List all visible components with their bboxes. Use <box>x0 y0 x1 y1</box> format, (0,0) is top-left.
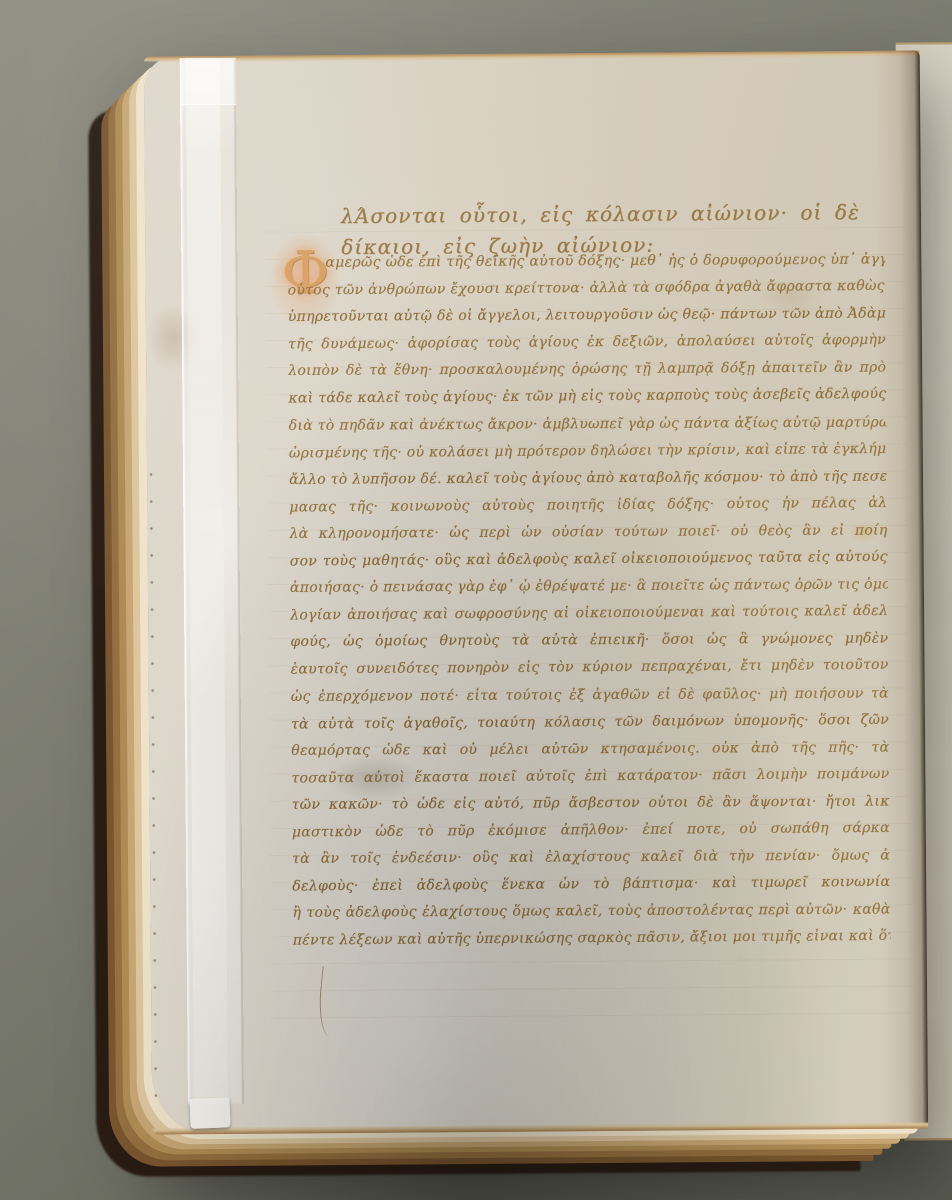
body-text-block: αμερῶς ὧδε ἐπὶ τῆς θεϊκῆς αὐτοῦ δόξης· μ… <box>287 251 891 972</box>
text-line: ὡς ἐπερχόμενον ποτέ· εἶτα τούτοις ἐξ ἀγα… <box>291 685 889 716</box>
text-line: τοσαῦτα αὐτοὶ ἕκαστα ποιεῖ αὐτοῖς ἐπὶ κα… <box>291 766 889 798</box>
text-line: τὰ ἂν τοῖς ἐνδεέσιν· οὓς καὶ ἐλαχίστους … <box>292 847 890 878</box>
text-line: θεαμόρτας ὧδε καὶ οὐ μέλει αὐτῶν κτησαμέ… <box>291 739 889 770</box>
text-line: σον τοὺς μαθητάς· οὓς καὶ ἀδελφοὺς καλεῖ… <box>290 549 888 581</box>
text-line: ἢ τοὺς ἀδελφοὺς ἐλαχίστους ὅμως καλεῖ, τ… <box>292 902 890 933</box>
text-line: τῶν κακῶν· τὸ ὧδε εἰς αὐτό, πῦρ ἄσβεστον… <box>292 793 890 824</box>
pricking-marks <box>149 473 158 1113</box>
text-line: ἀποιήσας· ὁ πεινάσας γὰρ ἐφ᾽ ᾧ ἐθρέψατέ … <box>290 577 888 608</box>
text-line: φούς, ὡς ὁμοίως θνητοὺς τὰ αὐτὰ ἐπιεικῆ·… <box>290 631 888 662</box>
heading-line: λΆσονται οὗτοι, εἰς κόλασιν αἰώνιον· οἱ … <box>341 197 861 232</box>
text-line: καὶ τάδε καλεῖ τοὺς ἁγίους· ἐκ τῶν μὴ εἰ… <box>288 386 886 418</box>
text-line: λοιπὸν δὲ τὰ ἔθνη· προσκαλουμένης ὁρώσης… <box>288 360 886 391</box>
text-line: ἄλλο τὸ λυπῆσον δέ. καλεῖ τοὺς ἁγίους ἀπ… <box>289 468 887 499</box>
text-line: ἑαυτοῖς συνειδότες πονηρὸν εἰς τὸν κύριο… <box>290 657 888 689</box>
text-line: μαστικὸν ὧδε τὸ πῦρ ἐκόμισε ἀπῆλθον· ἐπε… <box>292 820 890 852</box>
text-line: πέντε λέξεων καὶ αὐτῆς ὑπερνικώσης σαρκὸ… <box>293 928 891 960</box>
parchment-page: λΆσονται οὗτοι, εἰς κόλασιν αἰώνιον· οἱ … <box>144 50 928 1134</box>
gutter-shadow <box>874 50 928 1128</box>
text-line: μασας τῆς· κοινωνοὺς αὐτοὺς ποιητῆς ἰδία… <box>289 495 887 527</box>
tissue-guard-tab <box>189 1097 230 1129</box>
text-line: τὰ αὐτὰ τοῖς ἀγαθοῖς, τοιαύτη κόλασις τῶ… <box>291 711 889 743</box>
text-line: ὑπηρετοῦνται αὐτῷ δὲ οἱ ἄγγελοι, λειτουρ… <box>288 306 886 337</box>
text-line: οὗτος τῶν ἀνθρώπων ἔχουσι κρείττονα· ἀλλ… <box>288 278 886 310</box>
manuscript-book: λΆσονται οὗτοι, εἰς κόλασιν αἰώνιον· οἱ … <box>0 0 952 1200</box>
tissue-guard-strip <box>180 58 244 1104</box>
text-line: διὰ τὸ πηδᾶν καὶ ἀνέκτως ἄκρον· ἀμβλυωπε… <box>289 414 887 445</box>
text-line: λὰ κληρονομήσατε· ὡς περὶ ὧν οὐσίαν τούτ… <box>289 522 887 553</box>
photo-background: λΆσονται οὗτοι, εἰς κόλασιν αἰώνιον· οἱ … <box>0 0 952 1200</box>
text-line: ὡρισμένης τῆς· οὐ κολάσει μὴ πρότερον δη… <box>289 440 887 472</box>
text-line: αμερῶς ὧδε ἐπὶ τῆς θεϊκῆς αὐτοῦ δόξης· μ… <box>287 251 885 282</box>
